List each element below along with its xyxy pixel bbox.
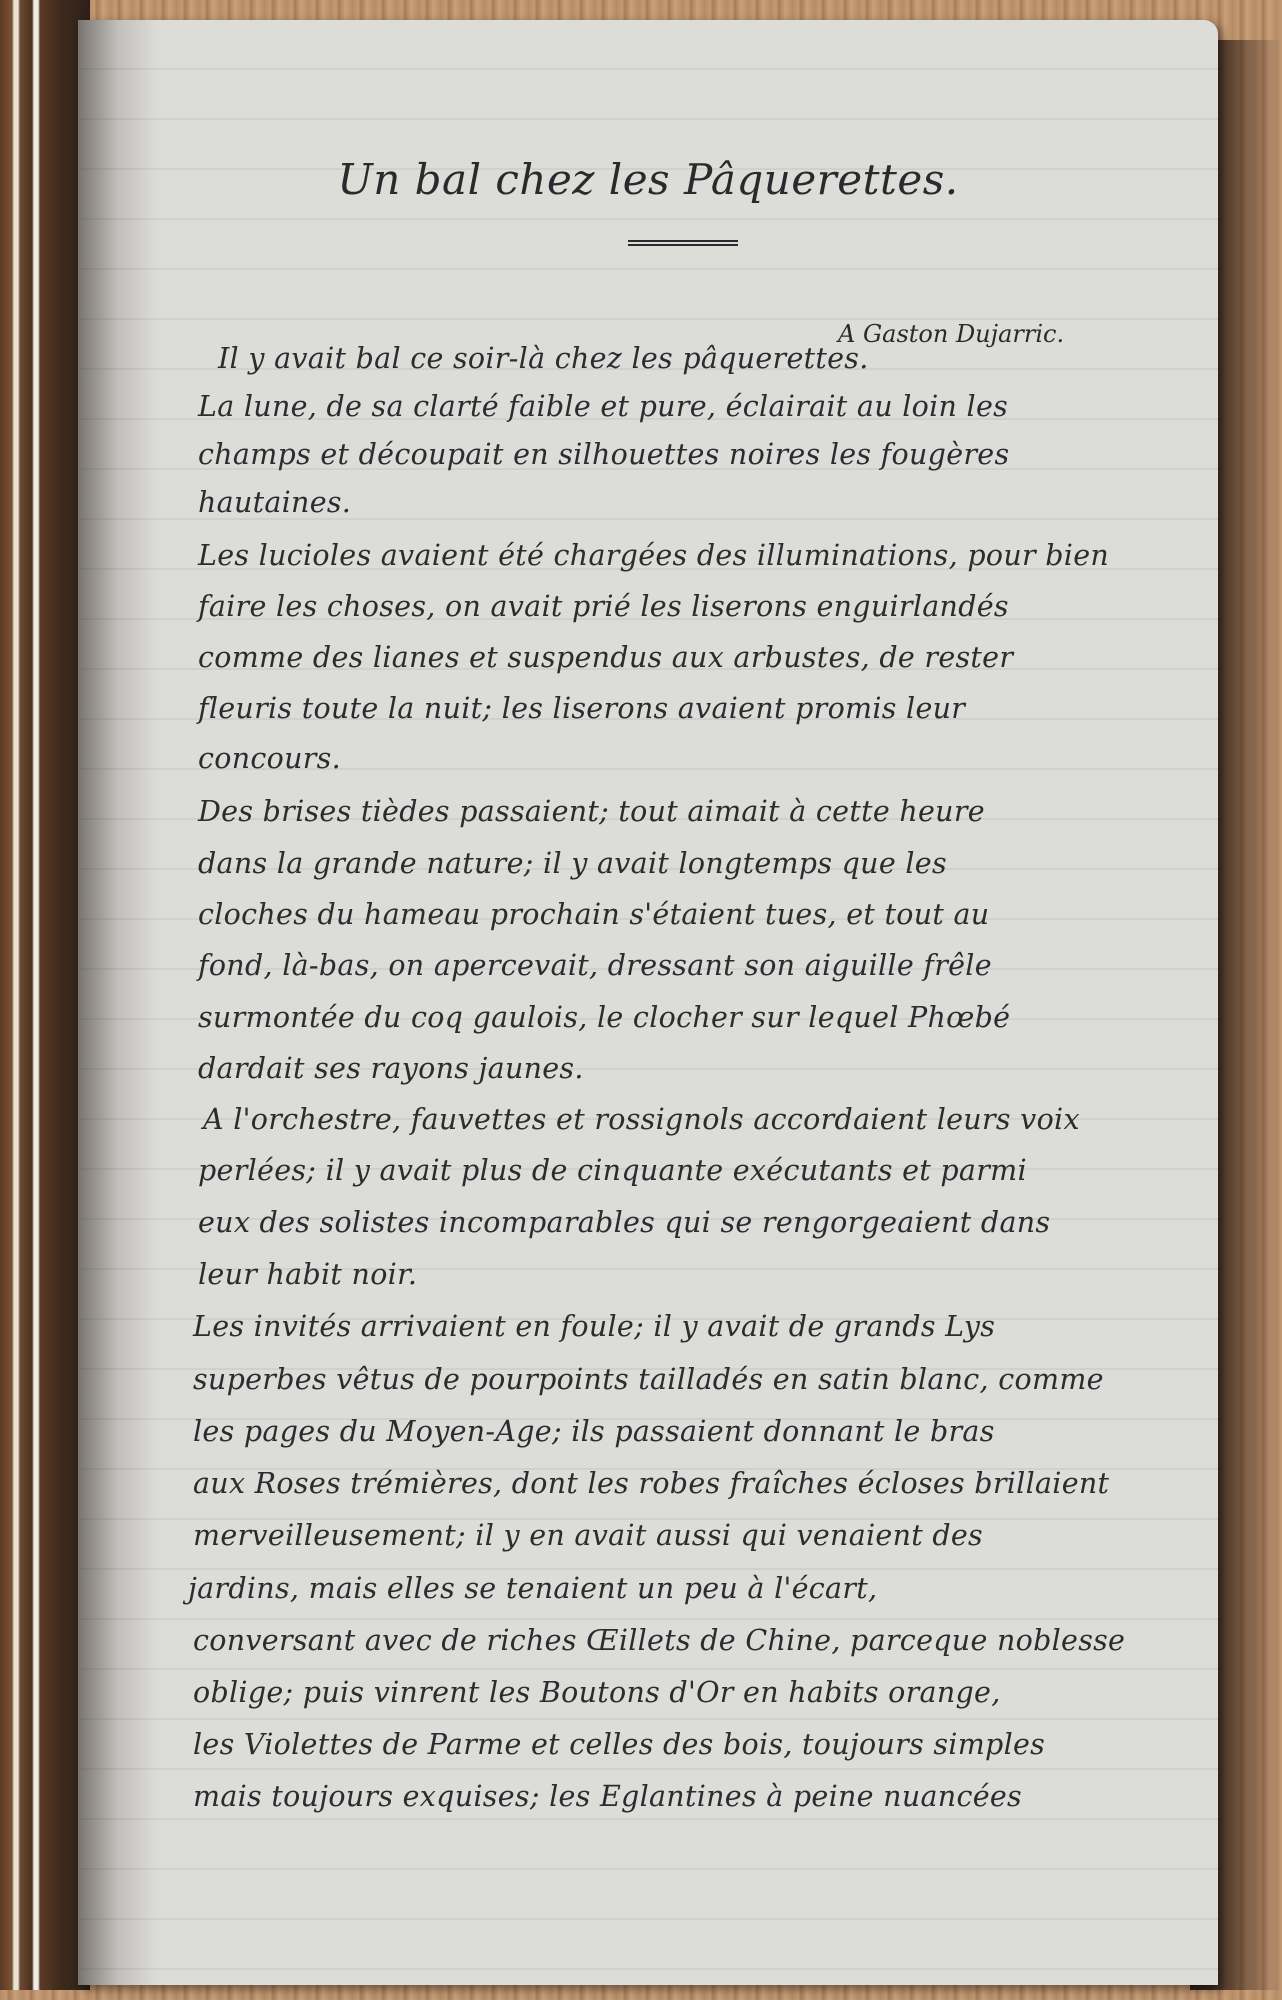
title-double-underline — [628, 240, 738, 246]
text-line: aux Roses trémières, dont les robes fraî… — [193, 1467, 1109, 1500]
text-line: Des brises tièdes passaient; tout aimait… — [198, 795, 985, 828]
text-line: hautaines. — [198, 486, 351, 519]
text-line: champs et découpait en silhouettes noire… — [198, 438, 1009, 471]
dedication: A Gaston Dujarric. — [838, 320, 1064, 348]
text-line: les pages du Moyen-Age; ils passaient do… — [193, 1415, 995, 1448]
text-line: oblige; puis vinrent les Boutons d'Or en… — [193, 1676, 1001, 1709]
text-line: Les lucioles avaient été chargées des il… — [198, 539, 1109, 572]
text-line: faire les choses, on avait prié les lise… — [198, 590, 1009, 623]
text-line: La lune, de sa clarté faible et pure, éc… — [198, 390, 1008, 423]
text-line: dardait ses rayons jaunes. — [198, 1052, 584, 1085]
text-line: merveilleusement; il y en avait aussi qu… — [193, 1519, 983, 1552]
text-line: jardins, mais elles se tenaient un peu à… — [188, 1572, 877, 1605]
text-line: A l'orchestre, fauvettes et rossignols a… — [203, 1103, 1080, 1136]
text-line: superbes vêtus de pourpoints tailladés e… — [193, 1363, 1104, 1396]
text-line: dans la grande nature; il y avait longte… — [198, 847, 947, 880]
text-line: Il y avait bal ce soir-là chez les pâque… — [218, 342, 869, 375]
text-line: eux des solistes incomparables qui se re… — [198, 1206, 1050, 1239]
text-line: leur habit noir. — [198, 1258, 417, 1291]
text-line: mais toujours exquises; les Eglantines à… — [193, 1780, 1022, 1813]
text-line: fleuris toute la nuit; les liserons avai… — [198, 692, 965, 725]
text-line: cloches du hameau prochain s'étaient tue… — [198, 898, 989, 931]
text-line: perlées; il y avait plus de cinquante ex… — [198, 1154, 1027, 1187]
text-line: fond, là-bas, on apercevait, dressant so… — [198, 949, 992, 982]
text-line: conversant avec de riches Œillets de Chi… — [193, 1624, 1125, 1657]
text-line: les Violettes de Parme et celles des boi… — [193, 1728, 1045, 1761]
text-line: concours. — [198, 742, 341, 775]
page-title: Un bal chez les Pâquerettes. — [78, 155, 1218, 204]
book-cover-left — [0, 0, 90, 1990]
manuscript-page: Un bal chez les Pâquerettes. A Gaston Du… — [78, 20, 1218, 1985]
text-line: comme des lianes et suspendus aux arbust… — [198, 641, 1013, 674]
text-line: surmontée du coq gaulois, le clocher sur… — [198, 1001, 1010, 1034]
text-line: Les invités arrivaient en foule; il y av… — [193, 1310, 995, 1343]
